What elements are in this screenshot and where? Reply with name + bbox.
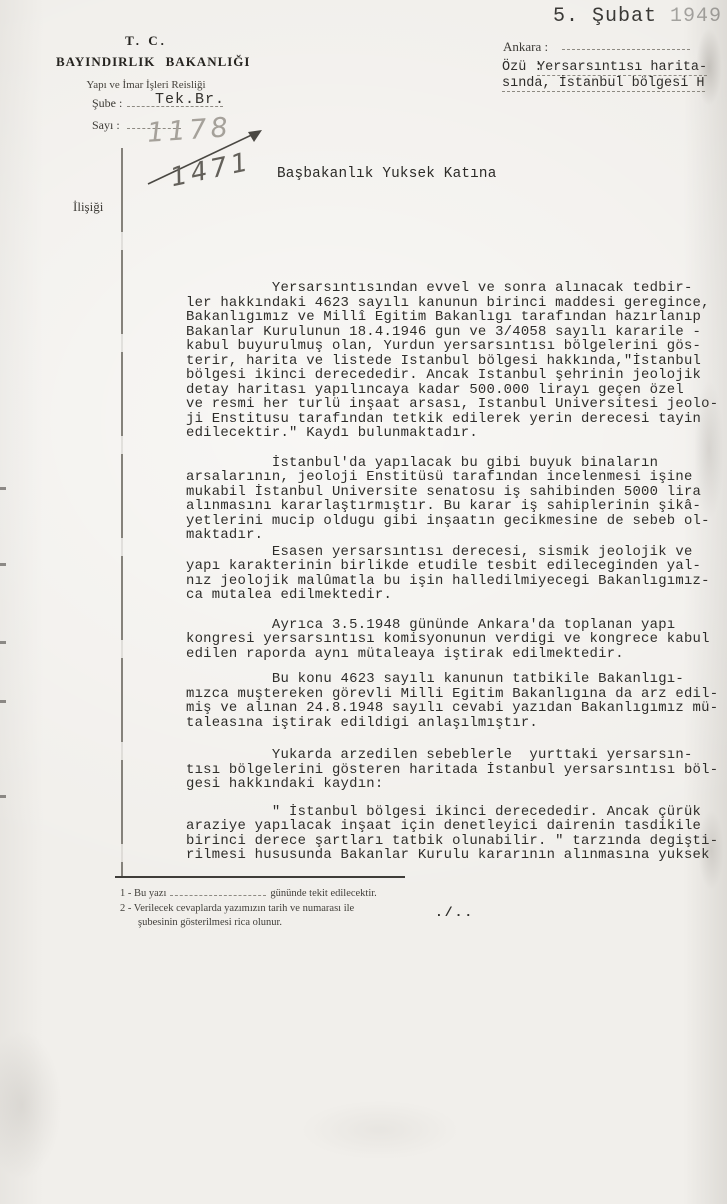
body-paragraph-3: Esasen yersarsıntısı derecesi, sismik je… — [186, 545, 727, 603]
footnote-2-continued: şubesinin gösterilmesi rica olunur. — [138, 917, 282, 928]
letter-body: Yersarsıntısından evvel ve sonra alınaca… — [186, 281, 727, 863]
footnote-1-fill-line — [170, 887, 266, 896]
scan-smudge — [0, 1030, 62, 1180]
sube-label: Şube : — [92, 96, 122, 111]
sube-value: Tek.Br. — [155, 91, 225, 108]
body-paragraph-7: " İstanbul bölgesi ikinci derecededir. A… — [186, 805, 727, 863]
ilisigi-label: İlişiği — [73, 199, 103, 215]
ministry-name: BAYINDIRLIK BAKANLIĞI — [56, 54, 236, 70]
ankara-fill-line — [562, 39, 690, 50]
scan-mark — [0, 700, 6, 703]
scan-mark — [0, 795, 6, 798]
ozu-line-2: sında, İstanbul bölgesi H — [502, 76, 705, 92]
footnotes-rule — [115, 876, 405, 878]
ozu-line-1: Yersarsıntısı harita- — [537, 60, 707, 76]
footnote-1-suffix: gününde tekit edilecektir. — [270, 888, 376, 899]
department-name: Yapı ve İmar İşleri Reisliği — [58, 79, 234, 91]
date-stamp-day: 5. Şubat — [553, 5, 657, 28]
fold-line — [121, 148, 123, 878]
body-paragraph-5: Bu konu 4623 sayılı kanunun tatbikile Ba… — [186, 672, 727, 730]
body-paragraph-1: Yersarsıntısından evvel ve sonra alınaca… — [186, 281, 727, 441]
salutation: Başbakanlık Yuksek Katına — [277, 166, 497, 182]
date-stamp-year: 1949 — [670, 5, 722, 28]
scanned-document-page: T. C. BAYINDIRLIK BAKANLIĞI Yapı ve İmar… — [0, 0, 727, 1204]
footnote-1-prefix: 1 - Bu yazı — [120, 888, 166, 899]
body-paragraph-6: Yukarda arzedilen sebeblerle yurttaki ye… — [186, 748, 727, 792]
letterhead-tc: T. C. — [58, 33, 234, 49]
footnote-2: 2 - Verilecek cevaplarda yazımızın tarih… — [120, 903, 354, 914]
date-stamp: 5. Şubat 1949 — [553, 5, 722, 28]
scan-smudge — [300, 1100, 460, 1160]
scan-mark — [0, 563, 6, 566]
body-paragraph-2: İstanbul'da yapılacak bu gibi buyuk bina… — [186, 456, 727, 543]
scan-mark — [0, 641, 6, 644]
scan-mark — [0, 487, 6, 490]
ankara-label: Ankara : — [503, 39, 548, 55]
body-paragraph-4: Ayrıca 3.5.1948 gününde Ankara'da toplan… — [186, 618, 727, 662]
sayi-label: Sayı : — [92, 118, 120, 133]
footnote-1: 1 - Bu yazıgününde tekit edilecektir. — [120, 887, 377, 899]
continuation-mark: ./.. — [435, 905, 474, 920]
